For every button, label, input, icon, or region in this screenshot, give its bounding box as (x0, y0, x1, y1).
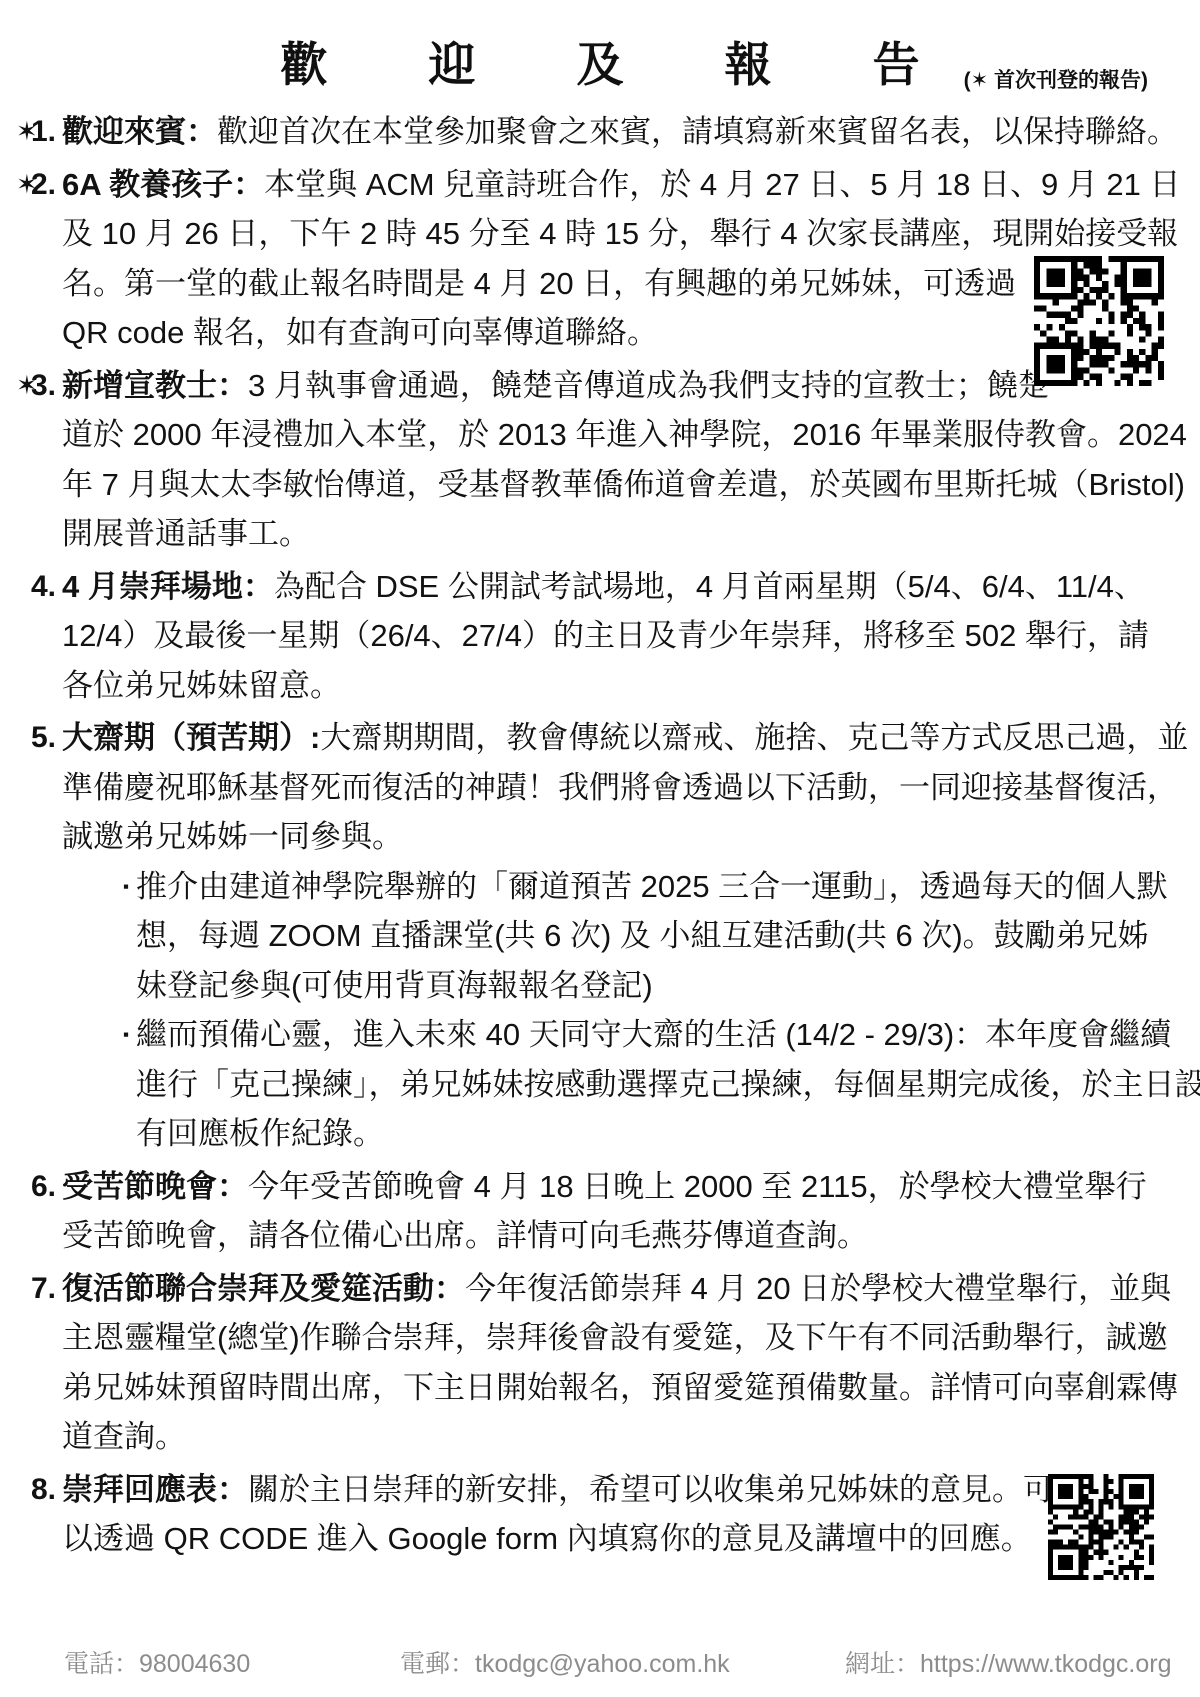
page-header: 歡 迎 及 報 告 (✶ 首次刊登的報告) (0, 36, 1200, 106)
footer-email: 電郵：tkodgc@yahoo.com.hk (400, 1644, 730, 1680)
bullet-square-icon: ▪ (123, 862, 136, 1011)
item-line: 誠邀弟兄姊姊一同參與。 (62, 812, 1182, 862)
bullet-square-icon: ▪ (123, 1010, 136, 1159)
item-line: 受苦節晚會，請各位備心出席。詳情可向毛燕芬傳道查詢。 (62, 1211, 1182, 1261)
item-line: 4 月崇拜場地：為配合 DSE 公開試考試場地，4 月首兩星期（5/4、6/4、… (62, 562, 1182, 612)
item-line: 復活節聯合崇拜及愛筵活動：今年復活節崇拜 4 月 20 日於學校大禮堂舉行，並與 (62, 1264, 1182, 1314)
item-heading: 4 月崇拜場地： (62, 569, 274, 604)
qr-code-6a-signup (1034, 256, 1164, 386)
announcement-item-1: ✶1. 歡迎來賓：歡迎首次在本堂參加聚會之來賓，請填寫新來賓留名表，以保持聯絡。 (0, 107, 1200, 157)
item-marker: 7. (0, 1264, 62, 1462)
item-number: 7. (31, 1272, 56, 1305)
item-line: 準備慶祝耶穌基督死而復活的神蹟！我們將會透過以下活動，一同迎接基督復活， (62, 763, 1182, 813)
item-line: 年 7 月與太太李敏怡傳道，受基督教華僑佈道會差遣，於英國布里斯托城（Brist… (62, 460, 1182, 510)
item-heading: 新增宣教士： (62, 368, 248, 403)
announcement-item-6: 6. 受苦節晚會：今年受苦節晚會 4 月 18 日晚上 2000 至 2115，… (0, 1162, 1200, 1261)
item-marker: ✶1. (0, 107, 62, 157)
announcement-item-2: ✶2. 6A 教養孩子：本堂與 ACM 兒童詩班合作，於 4 月 27 日、5 … (0, 160, 1200, 358)
item-line: 繼而預備心靈，進入未來 40 天同守大齋的生活 (14/2 - 29/3)：本年… (136, 1010, 1182, 1060)
item-content: 受苦節晚會：今年受苦節晚會 4 月 18 日晚上 2000 至 2115，於學校… (62, 1162, 1200, 1261)
sub-bullet-1: ▪ 推介由建道神學院舉辦的「爾道預苦 2025 三合一運動」，透過每天的個人默 … (123, 862, 1182, 1011)
item-marker: 6. (0, 1162, 62, 1261)
item-line: 崇拜回應表：關於主日崇拜的新安排，希望可以收集弟兄姊妹的意見。可 (62, 1465, 1182, 1515)
item-heading: 歡迎來賓： (62, 114, 217, 149)
first-publish-star-icon: ✶ (16, 107, 38, 157)
item-marker: 5. (0, 713, 62, 1159)
sub-bullet-2: ▪ 繼而預備心靈，進入未來 40 天同守大齋的生活 (14/2 - 29/3)：… (123, 1010, 1182, 1159)
item-number: 6. (31, 1170, 56, 1203)
announcement-item-7: 7. 復活節聯合崇拜及愛筵活動：今年復活節崇拜 4 月 20 日於學校大禮堂舉行… (0, 1264, 1200, 1462)
item-content: 新增宣教士：3 月執事會通過，饒楚音傳道成為我們支持的宣教士；饒楚 道於 200… (62, 361, 1200, 559)
item-heading: 6A 教養孩子： (62, 167, 264, 202)
first-publish-star-icon: ✶ (16, 160, 38, 210)
item-content: 歡迎來賓：歡迎首次在本堂參加聚會之來賓，請填寫新來賓留名表，以保持聯絡。 (62, 107, 1200, 157)
item-number: 5. (31, 721, 56, 754)
qr-code-response-form (1048, 1474, 1154, 1580)
item-line: 12/4）及最後一星期（26/4、27/4）的主日及青少年崇拜，將移至 502 … (62, 611, 1182, 661)
footer-phone: 電話：98004630 (64, 1644, 250, 1680)
bullet-content: 繼而預備心靈，進入未來 40 天同守大齋的生活 (14/2 - 29/3)：本年… (136, 1010, 1182, 1159)
item-line: 弟兄姊妹預留時間出席，下主日開始報名，預留愛筵預備數量。詳情可向辜創霖傳 (62, 1363, 1182, 1413)
announcement-item-5: 5. 大齋期（預苦期）:大齋期期間，教會傳統以齋戒、施捨、克己等方式反思己過，並… (0, 713, 1200, 1159)
item-line: 以透過 QR CODE 進入 Google form 內填寫你的意見及講壇中的回… (62, 1514, 1182, 1564)
item-line: 開展普通話事工。 (62, 509, 1182, 559)
item-line: 各位弟兄姊妹留意。 (62, 661, 1182, 711)
item-line: 受苦節晚會：今年受苦節晚會 4 月 18 日晚上 2000 至 2115，於學校… (62, 1162, 1182, 1212)
first-publish-star-icon: ✶ (16, 361, 38, 411)
item-line: 進行「克己操練」，弟兄姊妹按感動選擇克己操練，每個星期完成後，於主日設 (136, 1060, 1182, 1110)
item-number: 4. (31, 570, 56, 603)
item-content: 大齋期（預苦期）:大齋期期間，教會傳統以齋戒、施捨、克己等方式反思己過，並 準備… (62, 713, 1200, 1159)
item-content: 崇拜回應表：關於主日崇拜的新安排，希望可以收集弟兄姊妹的意見。可 以透過 QR … (62, 1465, 1200, 1564)
item-line: 有回應板作紀錄。 (136, 1109, 1182, 1159)
item-number: 8. (31, 1473, 56, 1506)
item-content: 6A 教養孩子：本堂與 ACM 兒童詩班合作，於 4 月 27 日、5 月 18… (62, 160, 1200, 358)
item-heading: 受苦節晚會： (62, 1169, 248, 1204)
bulletin-page: 歡 迎 及 報 告 (✶ 首次刊登的報告) ✶1. 歡迎來賓：歡迎首次在本堂參加… (0, 0, 1200, 1697)
announcement-item-3: ✶3. 新增宣教士：3 月執事會通過，饒楚音傳道成為我們支持的宣教士；饒楚 道於… (0, 361, 1200, 559)
item-line: 道查詢。 (62, 1412, 1182, 1462)
item-heading: 崇拜回應表： (62, 1472, 248, 1507)
item-content: 復活節聯合崇拜及愛筵活動：今年復活節崇拜 4 月 20 日於學校大禮堂舉行，並與… (62, 1264, 1200, 1462)
announcement-item-4: 4. 4 月崇拜場地：為配合 DSE 公開試考試場地，4 月首兩星期（5/4、6… (0, 562, 1200, 711)
item-line: 大齋期（預苦期）:大齋期期間，教會傳統以齋戒、施捨、克己等方式反思己過，並 (62, 713, 1182, 763)
item-line: 推介由建道神學院舉辦的「爾道預苦 2025 三合一運動」，透過每天的個人默 (136, 862, 1182, 912)
item-content: 4 月崇拜場地：為配合 DSE 公開試考試場地，4 月首兩星期（5/4、6/4、… (62, 562, 1200, 711)
item-marker: ✶2. (0, 160, 62, 358)
item-line: QR code 報名，如有查詢可向辜傳道聯絡。 (62, 308, 1182, 358)
announcement-list: ✶1. 歡迎來賓：歡迎首次在本堂參加聚會之來賓，請填寫新來賓留名表，以保持聯絡。… (0, 107, 1200, 1567)
item-line: 名。第一堂的截止報名時間是 4 月 20 日，有興趣的弟兄姊妹，可透過 (62, 259, 1182, 309)
item-line: 6A 教養孩子：本堂與 ACM 兒童詩班合作，於 4 月 27 日、5 月 18… (62, 160, 1182, 210)
bullet-content: 推介由建道神學院舉辦的「爾道預苦 2025 三合一運動」，透過每天的個人默 想，… (136, 862, 1182, 1011)
item-line: 及 10 月 26 日，下午 2 時 45 分至 4 時 15 分，舉行 4 次… (62, 209, 1182, 259)
item-line: 主恩靈糧堂(總堂)作聯合崇拜，崇拜後會設有愛筵，及下午有不同活動舉行，誠邀 (62, 1313, 1182, 1363)
item-line: 道於 2000 年浸禮加入本堂，於 2013 年進入神學院，2016 年畢業服侍… (62, 410, 1182, 460)
announcement-item-8: 8. 崇拜回應表：關於主日崇拜的新安排，希望可以收集弟兄姊妹的意見。可 以透過 … (0, 1465, 1200, 1564)
item-line: 妹登記參與(可使用背頁海報報名登記) (136, 961, 1182, 1011)
item-line: 新增宣教士：3 月執事會通過，饒楚音傳道成為我們支持的宣教士；饒楚 (62, 361, 1182, 411)
item-marker: 4. (0, 562, 62, 711)
item-line: 歡迎來賓：歡迎首次在本堂參加聚會之來賓，請填寫新來賓留名表，以保持聯絡。 (62, 107, 1182, 157)
item-heading: 大齋期（預苦期）: (62, 720, 320, 755)
item-line: 想，每週 ZOOM 直播課堂(共 6 次) 及 小組互建活動(共 6 次)。鼓勵… (136, 911, 1182, 961)
item-marker: ✶3. (0, 361, 62, 559)
footer-website: 網址：https://www.tkodgc.org (845, 1644, 1172, 1680)
first-publish-legend: (✶ 首次刊登的報告) (964, 64, 1148, 94)
item-heading: 復活節聯合崇拜及愛筵活動： (62, 1271, 465, 1306)
item-marker: 8. (0, 1465, 62, 1564)
